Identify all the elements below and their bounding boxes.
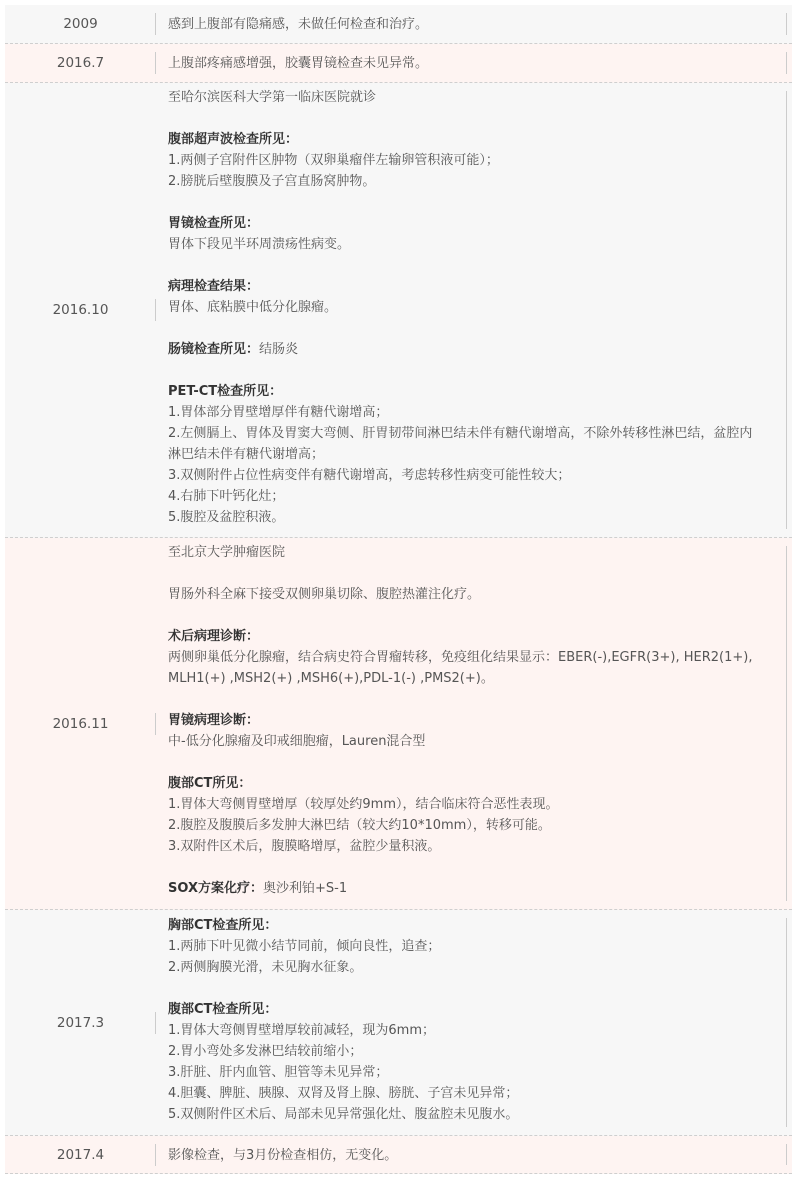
- content-cell: 感到上腹部有隐痛感，未做任何检查和治疗。: [156, 5, 792, 43]
- postop-pathology-item: 两侧卵巢低分化腺瘤，结合病史符合胃瘤转移，免疫组化结果显示：EBER(-),EG…: [168, 647, 778, 668]
- surgery-text: 胃肠外科全麻下接受双侧卵巢切除、腹腔热灌注化疗。: [168, 584, 778, 605]
- chemo-value: 奥沙利铂+S-1: [263, 881, 347, 896]
- timeline-row-2016-7: 2016.7 上腹部疼痛感增强，胶囊胃镜检查未见异常。: [5, 44, 792, 83]
- date-label: 2017.3: [57, 1015, 104, 1031]
- abdominal-ct-item: 1.胃体大弯侧胃壁增厚（较厚处约9mm），结合临床符合恶性表现。: [168, 794, 778, 815]
- abdominal-ct-item: 5.双侧附件区术后、局部未见异常强化灶、腹盆腔未见腹水。: [168, 1104, 778, 1125]
- timeline-row-2016-11: 2016.11 至北京大学肿瘤医院 胃肠外科全麻下接受双侧卵巢切除、腹腔热灌注化…: [5, 538, 792, 910]
- petct-heading: PET-CT检查所见：: [168, 381, 778, 402]
- abdominal-ct-item: 2.胃小弯处多发淋巴结较前缩小；: [168, 1041, 778, 1062]
- medical-timeline: 2009 感到上腹部有隐痛感，未做任何检查和治疗。 2016.7 上腹部疼痛感增…: [5, 5, 792, 1174]
- date-divider: [155, 13, 156, 35]
- date-cell: 2016.11: [5, 538, 156, 909]
- petct-item: 3.双侧附件占位性病变伴有糖代谢增高，考虑转移性病变可能性较大；: [168, 465, 778, 486]
- colonoscopy-value: 结肠炎: [259, 342, 298, 357]
- pathology-item: 胃体、底粘膜中低分化腺瘤。: [168, 297, 778, 318]
- timeline-row-2017-4: 2017.4 影像检查，与3月份检查相仿，无变化。: [5, 1136, 792, 1174]
- abdominal-ct-heading: 腹部CT所见：: [168, 773, 778, 794]
- date-label: 2016.10: [53, 302, 109, 318]
- date-label: 2017.4: [57, 1147, 104, 1163]
- content-cell: 至北京大学肿瘤医院 胃肠外科全麻下接受双侧卵巢切除、腹腔热灌注化疗。 术后病理诊…: [156, 540, 792, 907]
- event-text: 感到上腹部有隐痛感，未做任何检查和治疗。: [168, 14, 778, 35]
- content-cell: 影像检查，与3月份检查相仿，无变化。: [156, 1136, 792, 1174]
- gastroscopy-item: 胃体下段见半环周溃疡性病变。: [168, 234, 778, 255]
- abdominal-ct-item: 3.肝脏、肝内血管、胆管等未见异常；: [168, 1062, 778, 1083]
- abdominal-ct-heading: 腹部CT检查所见：: [168, 999, 778, 1020]
- ultrasound-heading: 腹部超声波检查所见：: [168, 129, 778, 150]
- date-label: 2016.11: [53, 716, 109, 732]
- petct-item: 4.右肺下叶钙化灶；: [168, 486, 778, 507]
- date-label: 2016.7: [57, 55, 104, 71]
- ultrasound-item: 1.两侧子宫附件区肿物（双卵巢瘤伴左输卵管积液可能）；: [168, 150, 778, 171]
- colonoscopy-heading: 肠镜检查所见：: [168, 342, 259, 357]
- date-cell: 2017.4: [5, 1136, 156, 1173]
- date-cell: 2017.3: [5, 910, 156, 1135]
- row-right-border: [786, 52, 787, 74]
- date-divider: [155, 1012, 156, 1034]
- row-right-border: [786, 918, 787, 1127]
- petct-item: 淋巴结未伴有糖代谢增高；: [168, 444, 778, 465]
- chemo-heading: SOX方案化疗：: [168, 881, 263, 896]
- date-divider: [155, 1144, 156, 1166]
- date-cell: 2016.7: [5, 44, 156, 82]
- date-divider: [155, 52, 156, 74]
- date-divider: [155, 713, 156, 735]
- colonoscopy-line: 肠镜检查所见：结肠炎: [168, 339, 778, 360]
- date-label: 2009: [63, 16, 97, 32]
- row-right-border: [786, 91, 787, 529]
- pathology-heading: 病理检查结果：: [168, 276, 778, 297]
- row-right-border: [786, 1144, 787, 1165]
- abdominal-ct-item: 1.胃体大弯侧胃壁增厚较前减轻，现为6mm；: [168, 1020, 778, 1041]
- timeline-row-2016-10: 2016.10 至哈尔滨医科大学第一临床医院就诊 腹部超声波检查所见： 1.两侧…: [5, 83, 792, 538]
- hospital-visit: 至哈尔滨医科大学第一临床医院就诊: [168, 87, 778, 108]
- gastroscopy-pathology-heading: 胃镜病理诊断：: [168, 710, 778, 731]
- date-cell: 2016.10: [5, 83, 156, 537]
- hospital-visit: 至北京大学肿瘤医院: [168, 542, 778, 563]
- chest-ct-item: 2.两侧胸膜光滑，未见胸水征象。: [168, 957, 778, 978]
- petct-item: 2.左侧膈上、胃体及胃窦大弯侧、肝胃韧带间淋巴结未伴有糖代谢增高，不除外转移性淋…: [168, 423, 778, 444]
- gastroscopy-heading: 胃镜检查所见：: [168, 213, 778, 234]
- abdominal-ct-item: 2.腹腔及腹膜后多发肿大淋巴结（较大约10*10mm），转移可能。: [168, 815, 778, 836]
- ultrasound-item: 2.膀胱后壁腹膜及子宫直肠窝肿物。: [168, 171, 778, 192]
- row-right-border: [786, 13, 787, 35]
- postop-pathology-heading: 术后病理诊断：: [168, 626, 778, 647]
- date-divider: [155, 299, 156, 321]
- event-text: 上腹部疼痛感增强，胶囊胃镜检查未见异常。: [168, 53, 778, 74]
- abdominal-ct-item: 3.双附件区术后，腹膜略增厚，盆腔少量积液。: [168, 836, 778, 857]
- gastroscopy-pathology-item: 中-低分化腺瘤及印戒细胞瘤，Lauren混合型: [168, 731, 778, 752]
- abdominal-ct-item: 4.胆囊、脾脏、胰腺、双肾及肾上腺、膀胱、子宫未见异常；: [168, 1083, 778, 1104]
- petct-item: 5.腹腔及盆腔积液。: [168, 507, 778, 528]
- chest-ct-heading: 胸部CT检查所见：: [168, 915, 778, 936]
- chest-ct-item: 1.两肺下叶见微小结节同前，倾向良性，追查；: [168, 936, 778, 957]
- content-cell: 至哈尔滨医科大学第一临床医院就诊 腹部超声波检查所见： 1.两侧子宫附件区肿物（…: [156, 85, 792, 536]
- chemo-line: SOX方案化疗：奥沙利铂+S-1: [168, 878, 778, 899]
- postop-pathology-item: MLH1(+) ,MSH2(+) ,MSH6(+),PDL-1(-) ,PMS2…: [168, 668, 778, 689]
- date-cell: 2009: [5, 5, 156, 43]
- timeline-row-2009: 2009 感到上腹部有隐痛感，未做任何检查和治疗。: [5, 5, 792, 44]
- content-cell: 上腹部疼痛感增强，胶囊胃镜检查未见异常。: [156, 44, 792, 82]
- timeline-row-2017-3: 2017.3 胸部CT检查所见： 1.两肺下叶见微小结节同前，倾向良性，追查； …: [5, 910, 792, 1136]
- row-right-border: [786, 546, 787, 901]
- content-cell: 胸部CT检查所见： 1.两肺下叶见微小结节同前，倾向良性，追查； 2.两侧胸膜光…: [156, 913, 792, 1133]
- petct-item: 1.胃体部分胃壁增厚伴有糖代谢增高；: [168, 402, 778, 423]
- event-text: 影像检查，与3月份检查相仿，无变化。: [168, 1145, 778, 1166]
